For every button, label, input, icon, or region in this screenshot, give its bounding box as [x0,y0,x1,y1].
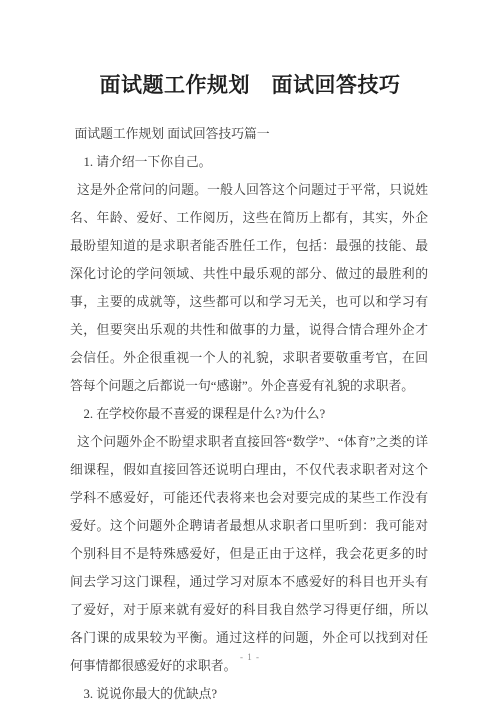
page-number: - 1 - [0,650,500,664]
question-1: 1. 请介绍一下你自己。 [70,148,428,176]
document-page: 面试题工作规划 面试回答技巧 面试题工作规划 面试回答技巧篇一 1. 请介绍一下… [0,0,500,707]
doc-heading-line: 面试题工作规划 面试回答技巧篇一 [70,120,428,148]
question-3: 3. 说说你最大的优缺点? [70,680,428,707]
answer-paragraph-1: 这是外企常问的问题。一般人回答这个问题过于平常，只说姓名、年龄、爱好、工作阅历，… [70,176,428,400]
document-title: 面试题工作规划 面试回答技巧 [0,72,500,98]
question-2: 2. 在学校你最不喜爱的课程是什么?为什么? [70,400,428,428]
answer-paragraph-2: 这个问题外企不盼望求职者直接回答“数学”、“体育”之类的详细课程，假如直接回答还… [70,428,428,680]
document-body: 面试题工作规划 面试回答技巧篇一 1. 请介绍一下你自己。 这是外企常问的问题。… [70,120,428,707]
